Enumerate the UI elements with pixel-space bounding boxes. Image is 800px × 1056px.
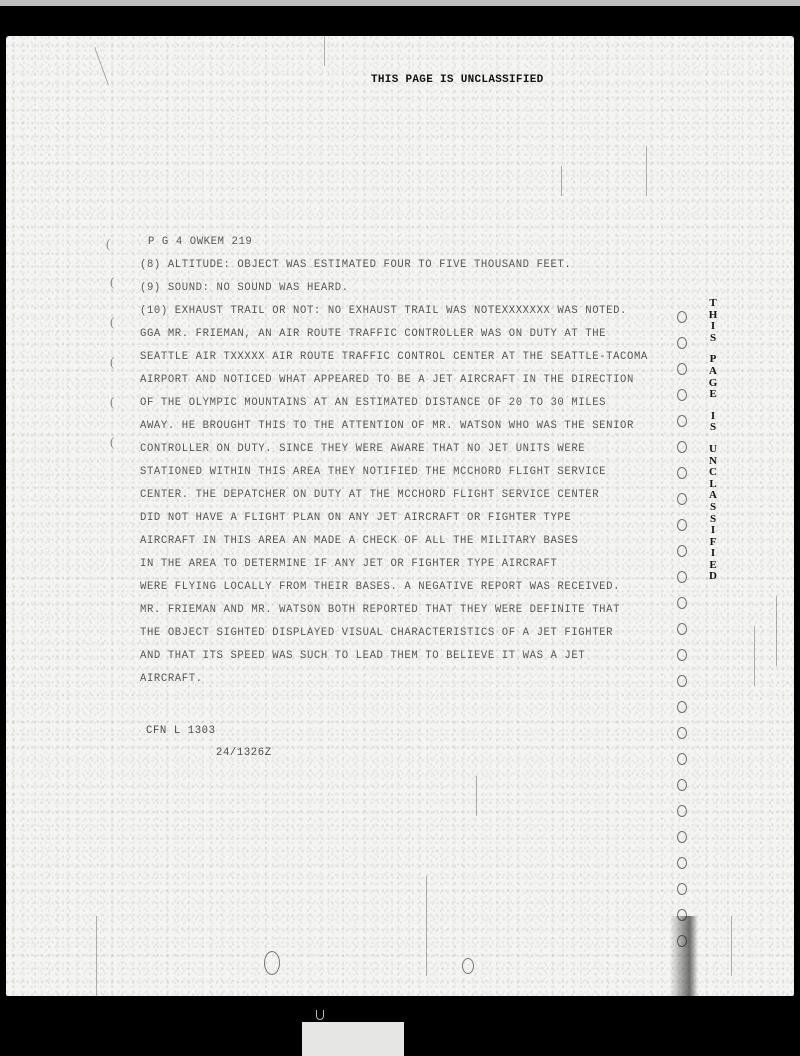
sprocket-hole — [677, 831, 687, 843]
sprocket-hole — [677, 415, 687, 427]
body-line: IN THE AREA TO DETERMINE IF ANY JET OR F… — [140, 553, 680, 576]
body-line: AIRPORT AND NOTICED WHAT APPEARED TO BE … — [140, 369, 680, 392]
vertical-classification-stamp: T H I S P A G E I S U N C L A S S I F I … — [706, 298, 720, 583]
scan-scratch — [561, 166, 562, 196]
footer-reference: CFN L 1303 — [146, 720, 272, 742]
body-line: AIRCRAFT. — [140, 668, 680, 691]
sprocket-hole — [677, 649, 687, 661]
scan-top-edge — [0, 0, 800, 6]
body-line: SEATTLE AIR TXXXXX AIR ROUTE TRAFFIC CON… — [140, 346, 680, 369]
sprocket-hole — [677, 727, 687, 739]
footer-timestamp: 24/1326Z — [216, 742, 272, 764]
scan-scratch — [324, 36, 325, 66]
sprocket-hole — [677, 467, 687, 479]
scan-scratch — [646, 146, 647, 196]
body-line: MR. FRIEMAN AND MR. WATSON BOTH REPORTED… — [140, 599, 680, 622]
stamp-letter: S — [706, 422, 720, 434]
film-frame-tab — [302, 1022, 404, 1056]
page-fold-shadow — [670, 916, 698, 996]
body-line: (8) ALTITUDE: OBJECT WAS ESTIMATED FOUR … — [140, 254, 680, 277]
body-line: AWAY. HE BROUGHT THIS TO THE ATTENTION O… — [140, 415, 680, 438]
margin-mark: ( — [110, 274, 114, 290]
binder-ring-mark — [462, 958, 474, 974]
scan-scratch — [476, 776, 477, 816]
scan-scratch — [754, 626, 755, 686]
sprocket-hole — [677, 623, 687, 635]
stamp-letter: D — [706, 571, 720, 583]
sprocket-hole — [677, 805, 687, 817]
sprocket-hole — [677, 519, 687, 531]
body-line: CENTER. THE DEPATCHER ON DUTY AT THE MCC… — [140, 484, 680, 507]
sprocket-hole — [677, 753, 687, 765]
binder-ring-mark — [264, 951, 280, 975]
body-line: (9) SOUND: NO SOUND WAS HEARD. — [140, 277, 680, 300]
margin-mark: ( — [106, 236, 110, 252]
stamp-letter: S — [706, 502, 720, 514]
sprocket-hole — [677, 597, 687, 609]
page-heading-line: P G 4 OWKEM 219 — [148, 231, 680, 254]
margin-mark: ( — [110, 314, 114, 330]
margin-mark: ( — [110, 394, 114, 410]
sprocket-hole — [677, 545, 687, 557]
film-edge-mark — [316, 1010, 324, 1020]
sprocket-hole — [677, 441, 687, 453]
sprocket-hole — [677, 337, 687, 349]
sprocket-hole — [677, 493, 687, 505]
sprocket-hole — [677, 701, 687, 713]
sprocket-hole — [677, 857, 687, 869]
body-line: CONTROLLER ON DUTY. SINCE THEY WERE AWAR… — [140, 438, 680, 461]
body-line: THE OBJECT SIGHTED DISPLAYED VISUAL CHAR… — [140, 622, 680, 645]
sprocket-hole — [677, 779, 687, 791]
scan-scratch — [426, 876, 427, 976]
scan-scratch — [96, 916, 97, 996]
body-line: AND THAT ITS SPEED WAS SUCH TO LEAD THEM… — [140, 645, 680, 668]
body-line: OF THE OLYMPIC MOUNTAINS AT AN ESTIMATED… — [140, 392, 680, 415]
body-line: WERE FLYING LOCALLY FROM THEIR BASES. A … — [140, 576, 680, 599]
scan-scratch — [94, 47, 109, 85]
stamp-letter: S — [706, 333, 720, 345]
scan-scratch — [731, 916, 732, 976]
stamp-letter: A — [706, 366, 720, 378]
document-page: ( ( ( ( ( ( THIS PAGE IS UNCLASSIFIED P … — [6, 36, 794, 996]
body-line: STATIONED WITHIN THIS AREA THEY NOTIFIED… — [140, 461, 680, 484]
message-footer: CFN L 1303 24/1326Z — [146, 720, 272, 764]
body-line: DID NOT HAVE A FLIGHT PLAN ON ANY JET AI… — [140, 507, 680, 530]
stamp-letter: E — [706, 389, 720, 401]
sprocket-hole — [677, 389, 687, 401]
sprocket-hole — [677, 311, 687, 323]
stamp-letter: T — [706, 298, 720, 310]
stamp-letter: C — [706, 467, 720, 479]
stamp-letter: U — [706, 444, 720, 456]
classification-header: THIS PAGE IS UNCLASSIFIED — [371, 74, 544, 86]
sprocket-hole — [677, 363, 687, 375]
margin-mark: ( — [110, 434, 114, 450]
sprocket-hole — [677, 883, 687, 895]
body-line: (10) EXHAUST TRAIL OR NOT: NO EXHAUST TR… — [140, 300, 680, 323]
body-line: AIRCRAFT IN THIS AREA AN MADE A CHECK OF… — [140, 530, 680, 553]
sprocket-hole — [677, 675, 687, 687]
sprocket-hole — [677, 571, 687, 583]
margin-mark: ( — [110, 354, 114, 370]
stamp-letter: I — [706, 525, 720, 537]
message-body: P G 4 OWKEM 219 (8) ALTITUDE: OBJECT WAS… — [140, 231, 680, 691]
scan-scratch — [776, 596, 777, 666]
body-line: GGA MR. FRIEMAN, AN AIR ROUTE TRAFFIC CO… — [140, 323, 680, 346]
